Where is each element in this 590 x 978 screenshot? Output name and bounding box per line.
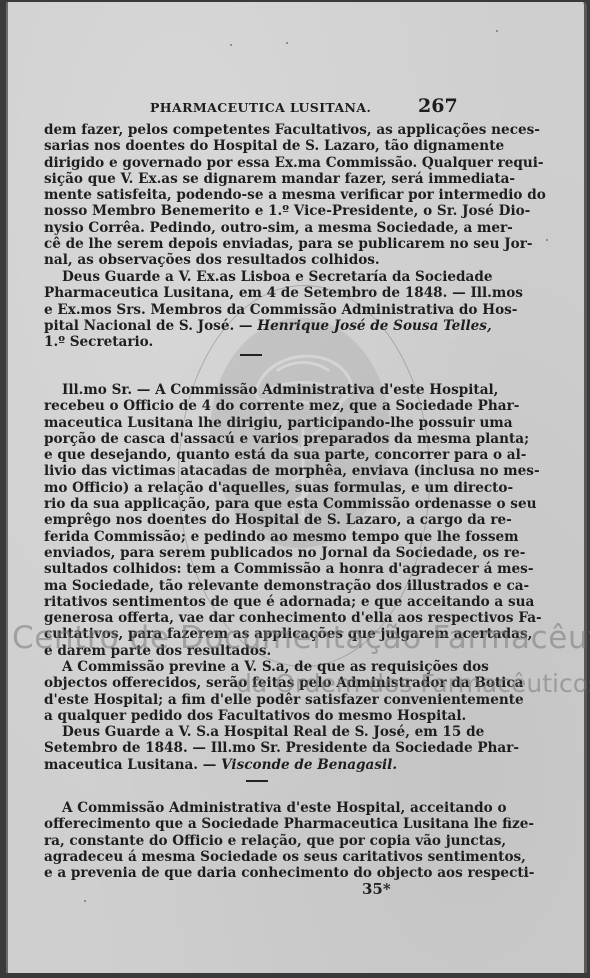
text-line: sição que V. Ex.as se dignarem mandar fa… [44, 171, 468, 187]
text-line: dem fazer, pelos competentes Facultativo… [44, 122, 468, 138]
signature-name: Visconde de Benagasil. [221, 757, 397, 773]
text-line: emprêgo nos doentes do Hospital de S. La… [44, 512, 468, 528]
printer-signature-mark: 35* [362, 880, 391, 898]
text-line: agradeceu á mesma Sociedade os seus cari… [44, 849, 468, 865]
text-line: ra, constante do Officio e relação, que … [44, 833, 468, 849]
text-line: maceutica Lusitana. — Visconde de Benaga… [44, 757, 468, 773]
paper-speck [546, 239, 548, 241]
text-fragment: pital Nacional de S. José. — [44, 318, 253, 334]
paragraph-commission-notice: A Commissão previne a V. S.a, de que as … [44, 659, 468, 724]
text-line: objectos offerecidos, serão feitas pelo … [44, 675, 468, 691]
text-line: d'este Hospital; a fim d'elle podêr sati… [44, 692, 468, 708]
text-line: offerecimento que a Sociedade Pharmaceut… [44, 816, 468, 832]
text-line: Pharmaceutica Lusitana, em 4 de Setembro… [44, 285, 468, 301]
text-line: ma Sociedade, tão relevante demonstração… [44, 578, 468, 594]
paper-speck [496, 30, 498, 32]
text-line: enviados, para serem publicados no Jorna… [44, 545, 468, 561]
text-line: livio das victimas atacadas de morphêa, … [44, 463, 468, 479]
text-line: ferida Commissão; e pedindo ao mesmo tem… [44, 529, 468, 545]
text-line: cultativos, para fazerem as applicações … [44, 626, 468, 642]
text-line: recebeu o Officio de 4 do corrente mez, … [44, 398, 468, 414]
text-line: sultados colhidos: tem a Commissão a hon… [44, 561, 468, 577]
text-line: rio da sua applicação, para que esta Com… [44, 496, 468, 512]
paper-speck [84, 900, 86, 902]
running-head: PHARMACEUTICA LUSITANA. [150, 100, 450, 115]
text-line: cê de lhe serem depois enviadas, para se… [44, 236, 468, 252]
text-line: Setembro de 1848. — Ill.mo Sr. President… [44, 740, 468, 756]
page-number: 267 [418, 95, 458, 117]
text-line: A Commissão Administrativa d'este Hospit… [44, 800, 468, 816]
text-line: mente satisfeita, podendo-se a mesma ver… [44, 187, 468, 203]
text-line: porção de casca d'assacú e varios prepar… [44, 431, 468, 447]
text-line: ritativos sentimentos de que é adornada;… [44, 594, 468, 610]
section-divider [246, 780, 268, 782]
paper-speck [230, 44, 232, 46]
text-line: nosso Membro Benemerito e 1.º Vice-Presi… [44, 203, 468, 219]
text-fragment: maceutica Lusitana. — [44, 757, 216, 773]
text-line: e que desejando, quanto está da sua part… [44, 447, 468, 463]
paragraph-letter-2: Ill.mo Sr. — A Commissão Administrativa … [44, 382, 468, 659]
text-line: a qualquer pedido dos Facultativos do me… [44, 708, 468, 724]
text-line: e Ex.mos Srs. Membros da Commissão Admin… [44, 302, 468, 318]
text-line: Deus Guarde a V. S.a Hospital Real de S.… [44, 724, 468, 740]
text-line: maceutica Lusitana lhe dirigiu, particip… [44, 415, 468, 431]
text-line: generosa offerta, vae dar conhecimento d… [44, 610, 468, 626]
text-line: sarias nos doentes do Hospital de S. Laz… [44, 138, 468, 154]
paragraph-final: A Commissão Administrativa d'este Hospit… [44, 800, 468, 881]
text-line: mo Officio) a relação d'aquelles, suas f… [44, 480, 468, 496]
signature-name: Henrique José de Sousa Telles, [257, 318, 491, 334]
text-line: e a prevenia de que daria conhecimento d… [44, 865, 468, 881]
text-line: Deus Guarde a V. Ex.as Lisboa e Secretar… [44, 269, 468, 285]
text-line: dirigido e governado por essa Ex.ma Comm… [44, 155, 468, 171]
paragraph-continuation: dem fazer, pelos competentes Facultativo… [44, 122, 468, 269]
paper-speck [286, 42, 288, 44]
text-line: 1.º Secretario. [44, 334, 468, 350]
text-line: nal, as observações dos resultados colhi… [44, 252, 468, 268]
text-line: Ill.mo Sr. — A Commissão Administrativa … [44, 382, 468, 398]
page-gutter [6, 2, 8, 973]
text-line: pital Nacional de S. José. — Henrique Jo… [44, 318, 468, 334]
section-divider [240, 354, 262, 356]
text-line: e darem parte dos resultados. [44, 643, 468, 659]
text-line: nysio Corrêa. Pedindo, outro-sim, a mesm… [44, 220, 468, 236]
paragraph-closing-letter-1: Deus Guarde a V. Ex.as Lisboa e Secretar… [44, 269, 468, 350]
text-line: A Commissão previne a V. S.a, de que as … [44, 659, 468, 675]
paragraph-closing-letter-2: Deus Guarde a V. S.a Hospital Real de S.… [44, 724, 468, 773]
